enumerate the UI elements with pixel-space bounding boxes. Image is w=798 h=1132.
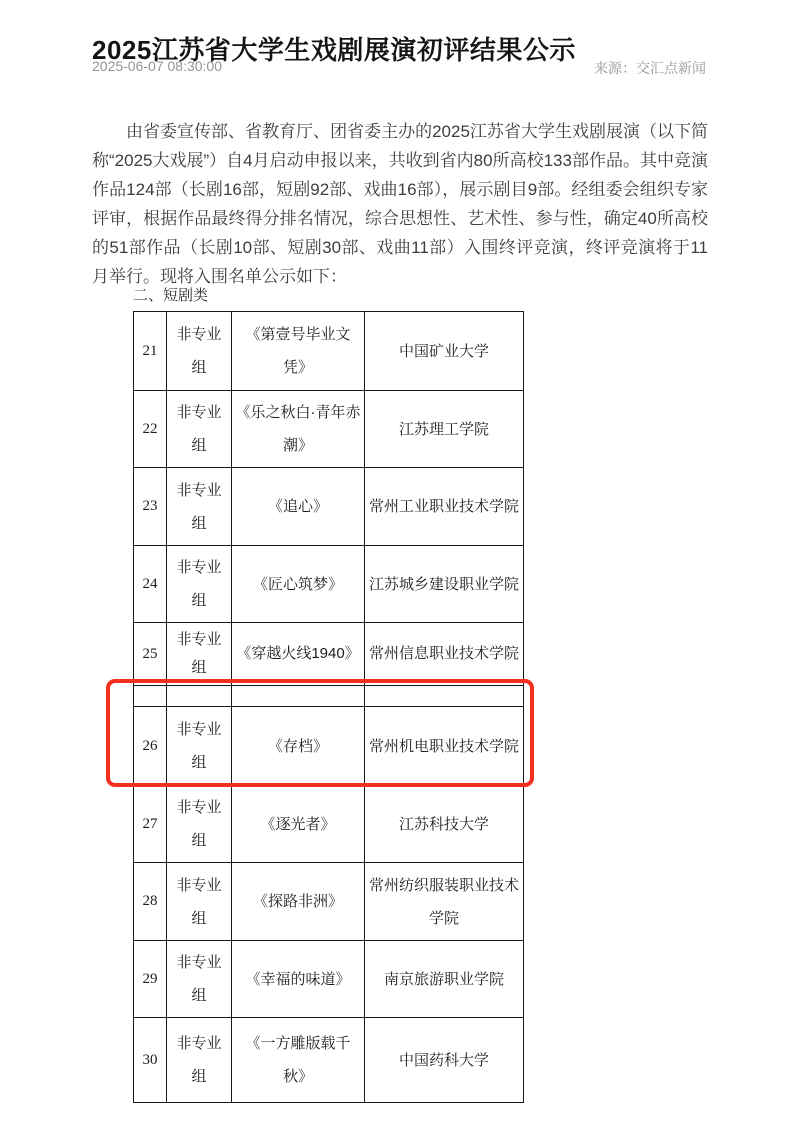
cell-school: 江苏城乡建设职业学院 <box>365 546 524 623</box>
cell-work-title: 《幸福的味道》 <box>232 941 365 1018</box>
table-row: 30 非专业组 《一方雕版载千秋》 中国药科大学 <box>134 1018 524 1103</box>
cell-rank: 26 <box>134 707 167 786</box>
table-row: 26 非专业组 《存档》 常州机电职业技术学院 <box>134 707 524 786</box>
cell-work-title: 《乐之秋白·青年赤潮》 <box>232 391 365 468</box>
table-row: 24 非专业组 《匠心筑梦》 江苏城乡建设职业学院 <box>134 546 524 623</box>
cell-school: 常州信息职业技术学院 <box>365 623 524 686</box>
cell-rank: 25 <box>134 623 167 686</box>
source-label: 来源：交汇点新闻 <box>594 58 706 78</box>
cell-rank: 22 <box>134 391 167 468</box>
cell-rank: 23 <box>134 468 167 546</box>
table-row <box>134 686 524 707</box>
cell-group: 非专业组 <box>167 391 232 468</box>
cell-work-title: 《存档》 <box>232 707 365 786</box>
cell-group: 非专业组 <box>167 1018 232 1103</box>
table-row: 28 非专业组 《探路非洲》 常州纺织服装职业技术学院 <box>134 863 524 941</box>
cell-school: 常州工业职业技术学院 <box>365 468 524 546</box>
shortlist-table: 21 非专业组 《第壹号毕业文凭》 中国矿业大学 22 非专业组 《乐之秋白·青… <box>133 311 524 1103</box>
cell-school: 南京旅游职业学院 <box>365 941 524 1018</box>
cell-school: 江苏科技大学 <box>365 786 524 863</box>
cell-rank: 29 <box>134 941 167 1018</box>
cell-work-title: 《第壹号毕业文凭》 <box>232 312 365 391</box>
cell-group: 非专业组 <box>167 863 232 941</box>
article-paragraph: 由省委宣传部、省教育厅、团省委主办的2025江苏省大学生戏剧展演（以下简称“20… <box>92 117 708 291</box>
table-row: 29 非专业组 《幸福的味道》 南京旅游职业学院 <box>134 941 524 1018</box>
cell-work-title: 《匠心筑梦》 <box>232 546 365 623</box>
cell-rank: 30 <box>134 1018 167 1103</box>
cell-work-title: 《一方雕版载千秋》 <box>232 1018 365 1103</box>
cell-rank: 24 <box>134 546 167 623</box>
cell-rank: 28 <box>134 863 167 941</box>
cell-rank: 27 <box>134 786 167 863</box>
publish-date: 2025-06-07 08:30:00 <box>92 58 222 78</box>
cell-work-title: 《逐光者》 <box>232 786 365 863</box>
cell-group: 非专业组 <box>167 941 232 1018</box>
cell-work-title <box>232 686 365 707</box>
cell-school <box>365 686 524 707</box>
cell-group: 非专业组 <box>167 623 232 686</box>
cell-group: 非专业组 <box>167 707 232 786</box>
table-row: 27 非专业组 《逐光者》 江苏科技大学 <box>134 786 524 863</box>
cell-school: 中国药科大学 <box>365 1018 524 1103</box>
table-row: 22 非专业组 《乐之秋白·青年赤潮》 江苏理工学院 <box>134 391 524 468</box>
cell-school: 江苏理工学院 <box>365 391 524 468</box>
table-row: 25 非专业组 《穿越火线1940》 常州信息职业技术学院 <box>134 623 524 686</box>
section-label: 二、短剧类 <box>133 284 208 305</box>
cell-group: 非专业组 <box>167 546 232 623</box>
cell-school: 常州机电职业技术学院 <box>365 707 524 786</box>
cell-school: 常州纺织服装职业技术学院 <box>365 863 524 941</box>
cell-rank: 21 <box>134 312 167 391</box>
cell-rank <box>134 686 167 707</box>
cell-group <box>167 686 232 707</box>
cell-work-title: 《追心》 <box>232 468 365 546</box>
cell-work-title: 《探路非洲》 <box>232 863 365 941</box>
cell-group: 非专业组 <box>167 312 232 391</box>
cell-school: 中国矿业大学 <box>365 312 524 391</box>
table-row: 23 非专业组 《追心》 常州工业职业技术学院 <box>134 468 524 546</box>
cell-work-title: 《穿越火线1940》 <box>232 623 365 686</box>
cell-group: 非专业组 <box>167 786 232 863</box>
cell-group: 非专业组 <box>167 468 232 546</box>
article-page: 2025江苏省大学生戏剧展演初评结果公示 2025-06-07 08:30:00… <box>0 0 798 1132</box>
article-meta: 2025-06-07 08:30:00 来源：交汇点新闻 <box>92 58 706 78</box>
table-row: 21 非专业组 《第壹号毕业文凭》 中国矿业大学 <box>134 312 524 391</box>
